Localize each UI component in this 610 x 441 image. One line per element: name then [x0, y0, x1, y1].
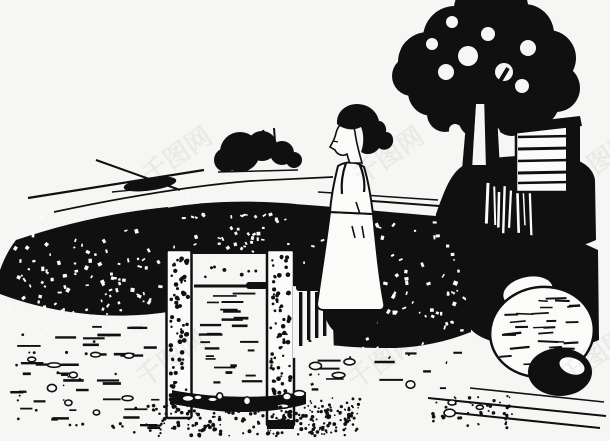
woman-skirt	[317, 212, 384, 310]
woodcut-illustration: 千图网千图网千图网千图网千图网千图网	[0, 0, 610, 441]
illustration-canvas: 千图网千图网千图网千图网千图网千图网	[0, 0, 610, 441]
